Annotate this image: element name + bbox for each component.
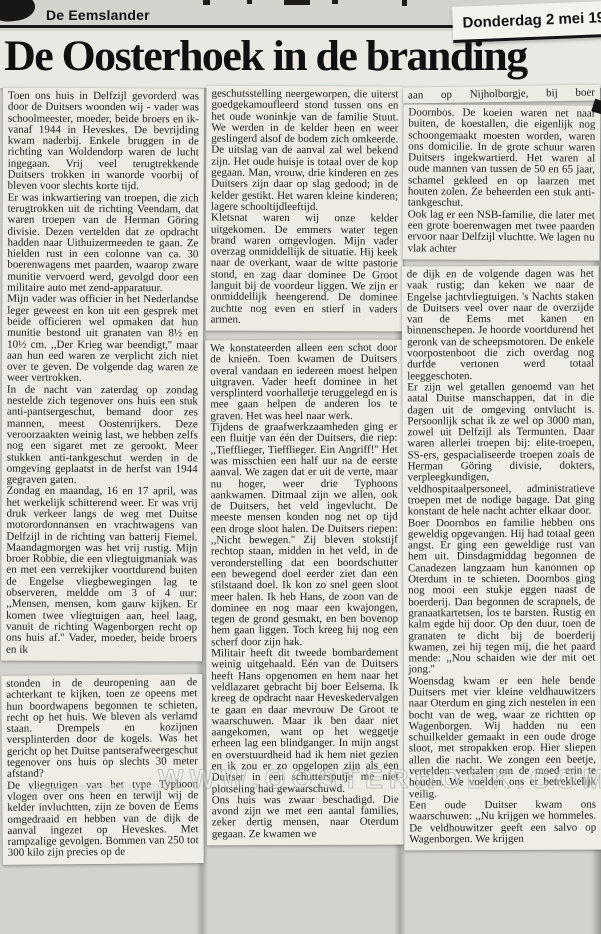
article-column-1: Toen ons huis in Delfzijl gevorderd was … <box>2 88 203 864</box>
article-strip: de dijk en de volgende dagen was het vaa… <box>402 266 601 851</box>
article-paragraph: Woensdag kwam er een hele bende Duitsers… <box>409 675 597 800</box>
article-paragraph: Er was inkwartiering van troepen, die zi… <box>7 192 198 294</box>
article-paragraph: Mijn vader was officier in het Nederland… <box>7 294 198 385</box>
top-edge-tick <box>284 0 310 5</box>
top-edge-tick <box>402 0 407 6</box>
article-paragraph: geschutsstelling neergeworpen, die uiter… <box>211 89 399 214</box>
article-paragraph: Kletsnat waren wij onze kelder uitgekome… <box>210 213 397 327</box>
date-strip: Donderdag 2 mei 1985 <box>452 1 601 43</box>
article-paragraph: de dijk en de volgende dagen was het vaa… <box>407 269 594 383</box>
article-paragraph: De vliegtuigen van het type Typhoon vlog… <box>7 779 199 860</box>
corner-ink-blob <box>0 0 36 23</box>
article-paragraph: Boer Doornbos en familie hebben ons gewe… <box>408 517 596 676</box>
article-paragraph: Toen ons huis in Delfzijl gevorderd was … <box>8 91 199 193</box>
article-paragraph: stonden in de deuropening aan de achterk… <box>6 677 198 780</box>
article-paragraph: Doornbos. De koeien waren net naar buite… <box>408 108 596 211</box>
article-strip: geschutsstelling neergeworpen, die uiter… <box>205 86 403 332</box>
article-paragraph: aan op Nijholborgje, bij boer <box>408 88 595 102</box>
article-column-3: aan op Nijholborgje, bij boer Doornbos. … <box>403 86 600 850</box>
article-paragraph: Ook lag er een NSB-familie, die later me… <box>408 209 595 255</box>
article-paragraph: We konstateerden alleen een schot door d… <box>210 343 397 423</box>
article-paragraph: Er zijn wel getallen genoemd van het aat… <box>407 382 595 518</box>
article-column-2: geschutsstelling neergeworpen, die uiter… <box>206 86 403 845</box>
article-paragraph: Een oude Duitser kwam ons waarschuwen: ,… <box>409 800 596 846</box>
article-strip: stonden in de deuropening aan de achterk… <box>1 674 204 864</box>
issue-date: Donderdag 2 mei 1985 <box>452 1 601 32</box>
article-strip: We konstateerden alleen een schot door d… <box>205 340 404 846</box>
article-paragraph: Zondag en maandag, 16 en 17 april, was h… <box>6 486 198 656</box>
newspaper-scan: De Eemslander Donderdag 2 mei 1985 De Oo… <box>0 0 601 934</box>
article-strip: Toen ons huis in Delfzijl gevorderd was … <box>1 88 204 662</box>
article-strip: Doornbos. De koeien waren net naar buite… <box>403 105 601 261</box>
article-paragraph: Militair heeft dit tweede bombardement w… <box>211 648 399 796</box>
article-paragraph: Tijdens de graafwerkzaamheden ging er ee… <box>210 422 398 649</box>
newspaper-name: De Eemslander <box>46 7 150 23</box>
article-paragraph: In de nacht van zaterdag op zondag neste… <box>7 384 198 486</box>
article-paragraph: Ons huis was zwaar beschadigd. Die avond… <box>212 795 399 841</box>
top-edge-tick <box>203 0 210 5</box>
masthead-rule <box>0 25 470 28</box>
top-edge-tick <box>247 0 252 4</box>
article-strip: aan op Nijholborgje, bij boer <box>403 84 600 103</box>
top-edge-tick <box>332 0 338 4</box>
